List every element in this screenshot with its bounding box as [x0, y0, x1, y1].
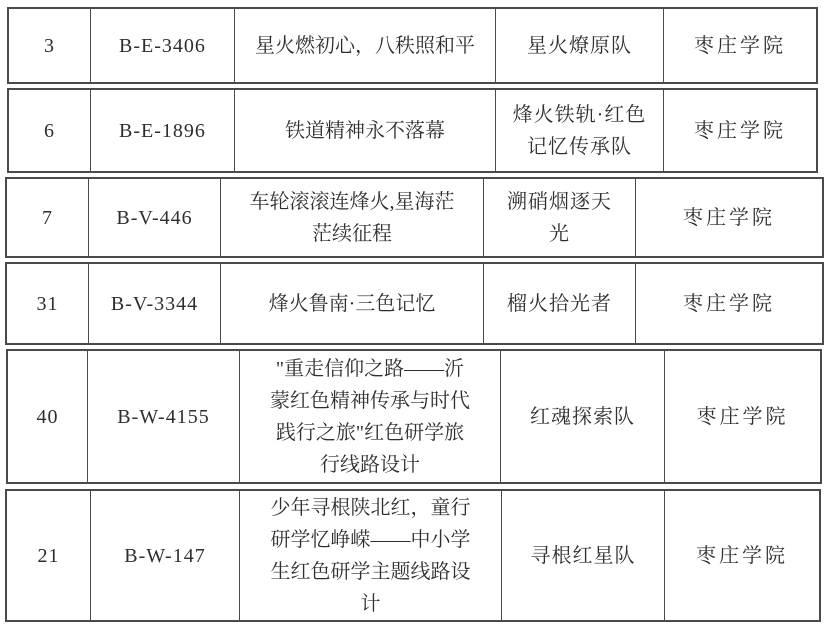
entry-code-cell: B-E-1896	[90, 90, 234, 171]
college-name-cell: 枣庄学院	[663, 90, 816, 171]
table-row: 7 B-V-446 车轮滚滚连烽火,星海茫 茫续征程 溯硝烟逐天 光 枣庄学院	[5, 177, 824, 258]
entry-code-cell: B-V-446	[88, 179, 220, 256]
team-name-cell: 榴火拾光者	[483, 264, 635, 343]
entry-code-cell: B-W-4155	[87, 351, 239, 482]
project-name-cell: 少年寻根陕北红，童行 研学忆峥嵘——中小学 生红色研学主题线路设 计	[239, 491, 501, 620]
college-name-cell: 枣庄学院	[663, 9, 816, 82]
team-name-cell: 星火燎原队	[495, 9, 663, 82]
serial-number-cell: 40	[8, 351, 87, 482]
team-name-cell: 红魂探索队	[500, 351, 664, 482]
team-name-cell: 寻根红星队	[501, 491, 664, 620]
serial-number-cell: 21	[7, 491, 90, 620]
table-row: 6 B-E-1896 铁道精神永不落幕 烽火铁轨·红色 记忆传承队 枣庄学院	[7, 88, 818, 173]
serial-number-cell: 7	[7, 179, 88, 256]
project-name-cell: 铁道精神永不落幕	[234, 90, 495, 171]
table-row: 21 B-W-147 少年寻根陕北红，童行 研学忆峥嵘——中小学 生红色研学主题…	[5, 489, 821, 622]
serial-number-cell: 3	[9, 9, 90, 82]
table-row: 3 B-E-3406 星火燃初心，八秩照和平 星火燎原队 枣庄学院	[7, 7, 818, 84]
college-name-cell: 枣庄学院	[635, 179, 822, 256]
entry-code-cell: B-E-3406	[90, 9, 234, 82]
entry-list-document: 3 B-E-3406 星火燃初心，八秩照和平 星火燎原队 枣庄学院 6 B-E-…	[0, 0, 832, 634]
serial-number-cell: 31	[7, 264, 88, 343]
project-name-cell: 烽火鲁南·三色记忆	[220, 264, 483, 343]
team-name-cell: 烽火铁轨·红色 记忆传承队	[495, 90, 663, 171]
team-name-cell: 溯硝烟逐天 光	[483, 179, 635, 256]
project-name-cell: 星火燃初心，八秩照和平	[234, 9, 495, 82]
project-name-cell: 车轮滚滚连烽火,星海茫 茫续征程	[220, 179, 483, 256]
table-row: 40 B-W-4155 "重走信仰之路——沂 蒙红色精神传承与时代 践行之旅"红…	[6, 349, 822, 484]
serial-number-cell: 6	[9, 90, 90, 171]
project-name-cell: "重走信仰之路——沂 蒙红色精神传承与时代 践行之旅"红色研学旅 行线路设计	[239, 351, 500, 482]
college-name-cell: 枣庄学院	[635, 264, 822, 343]
entry-code-cell: B-W-147	[90, 491, 239, 620]
table-row: 31 B-V-3344 烽火鲁南·三色记忆 榴火拾光者 枣庄学院	[5, 262, 824, 345]
entry-code-cell: B-V-3344	[88, 264, 220, 343]
college-name-cell: 枣庄学院	[664, 491, 819, 620]
college-name-cell: 枣庄学院	[664, 351, 820, 482]
